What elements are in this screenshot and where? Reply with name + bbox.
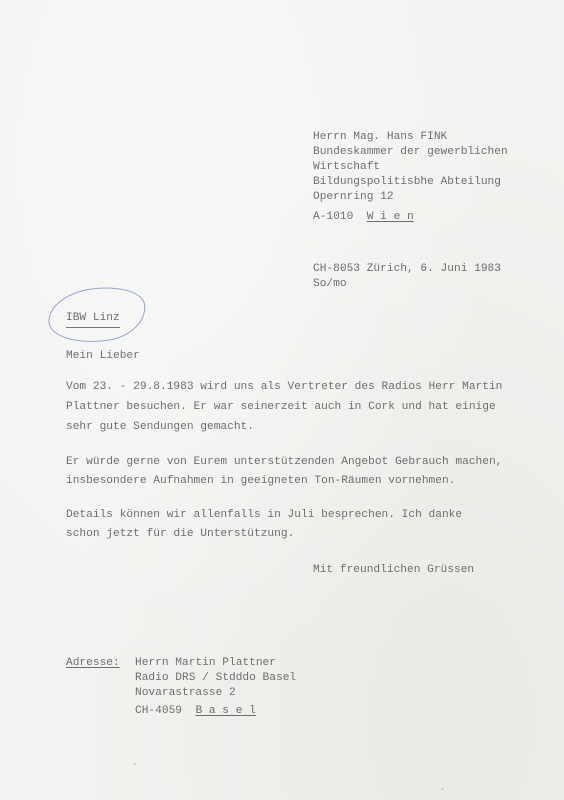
address-line-3: Novarastrasse 2 (135, 686, 236, 701)
recipient-city: W i e n (367, 211, 414, 223)
address-city: B a s e l (195, 705, 255, 717)
recipient-line-2: Bundeskammer der gewerblichen (313, 145, 508, 160)
body-p1-line-3: sehr gute Sendungen gemacht. (66, 420, 254, 435)
recipient-line-3: Wirtschaft (313, 160, 380, 175)
stamp-text: IBW Linz (66, 311, 120, 326)
paper-speck (441, 788, 444, 790)
body-p1-line-1: Vom 23. - 29.8.1983 wird uns als Vertret… (66, 380, 502, 395)
paper-speck (133, 763, 136, 765)
stamp-underline (66, 327, 120, 328)
salutation: Mein Lieber (66, 349, 140, 364)
address-label: Adresse: (66, 656, 120, 671)
recipient-city-line: A-1010 W i e n (313, 210, 414, 225)
body-p2-line-2: insbesondere Aufnahmen in geeigneten Ton… (66, 474, 455, 489)
address-city-line: CH-4059 B a s e l (135, 704, 256, 719)
recipient-line-4: Bildungspolitisbhe Abteilung (313, 175, 501, 190)
body-p1-line-2: Plattner besuchen. Er war seinerzeit auc… (66, 400, 496, 415)
address-postcode: CH-4059 (135, 705, 182, 717)
recipient-line-5: Opernring 12 (313, 190, 394, 205)
place-date: CH-8053 Zürich, 6. Juni 1983 (313, 262, 501, 277)
recipient-line-1: Herrn Mag. Hans FINK (313, 130, 447, 145)
address-line-2: Radio DRS / Stdddo Basel (135, 671, 296, 686)
address-line-1: Herrn Martin Plattner (135, 656, 276, 671)
closing: Mit freundlichen Grüssen (313, 563, 474, 578)
body-p2-line-1: Er würde gerne von Eurem unterstützenden… (66, 455, 502, 470)
body-p3-line-1: Details können wir allenfalls in Juli be… (66, 508, 462, 523)
reference: So/mo (313, 277, 347, 292)
body-p3-line-2: schon jetzt für die Unterstützung. (66, 527, 294, 542)
recipient-postcode: A-1010 (313, 211, 353, 223)
